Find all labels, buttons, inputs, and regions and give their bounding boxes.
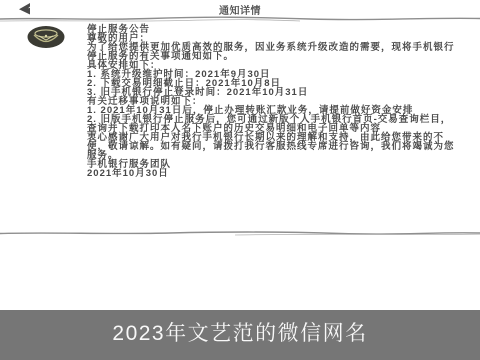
card-bottom-divider [0,228,480,238]
notice-intro-paragraph: 为了给您提供更加优质高效的服务，因业务系统升级改造的需要，现将手机银行停止服务的… [87,43,456,61]
migration-item: 2. 旧版手机银行停止服务后，您可通过新版个人手机银行首页-交易查询栏目，查询并… [87,115,456,133]
notice-closing-paragraph: 衷心感谢广大用户对我行手机银行长期以来的理解和支持，由此给您带来的不便，敬请谅解… [87,133,456,160]
sender-avatar-logo-icon [27,25,65,49]
caption-title: 2023年文艺范的微信网名 [0,310,480,360]
notice-body: 停止服务公告 尊敬的用户： 为了给您提供更加优质高效的服务，因业务系统升级改造的… [87,25,456,178]
topbar-divider [0,13,480,23]
caption-bar: 2023年文艺范的微信网名 [0,310,480,360]
app-screen: 通知详情 停止服务公告 尊敬的用户： 为了给您提供更加优质高效的服务，因业务系统… [0,0,480,360]
signature-date: 2021年10月30日 [87,169,456,178]
